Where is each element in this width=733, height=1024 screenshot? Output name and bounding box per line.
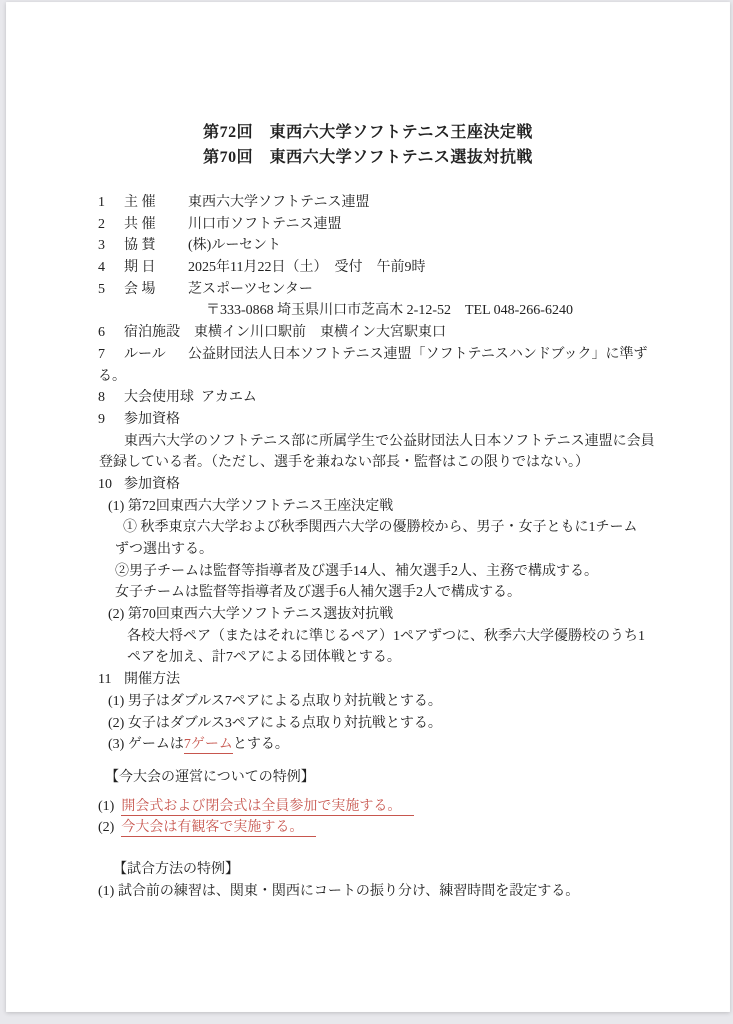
item-label: 会 場 <box>124 279 188 301</box>
special-section1-item1: (1)開会式および閉会式は全員参加で実施する。 <box>6 796 730 818</box>
item-label: 主 催 <box>124 192 188 214</box>
sub3-highlight-red: 7ゲーム <box>184 737 233 754</box>
item-number: 4 <box>98 257 124 279</box>
item-label: 参加資格 <box>124 477 180 492</box>
section10-sub1-point1-continuation: ずつ選出する。 <box>6 539 730 561</box>
item-number: (1) <box>98 799 114 814</box>
item-number: 5 <box>98 279 124 301</box>
item-value: (株)ルーセント <box>188 238 281 253</box>
item-number: 6 <box>98 322 124 344</box>
document-title-line2: 第70回 東西六大学ソフトテニス選抜対抗戦 <box>6 145 730 170</box>
item-label: 期 日 <box>124 257 188 279</box>
info-item-4: 4期 日2025年11月22日（土） 受付 午前9時 <box>6 257 730 279</box>
info-item-8: 8大会使用球アカエム <box>6 387 730 409</box>
item-value: 芝スポーツセンター <box>188 282 313 297</box>
item-label: 宿泊施設 <box>124 322 194 344</box>
section10-sub2-detail-line1: 各校大将ペア（またはそれに準じるペア）1ペアずつに、秋季六大学優勝校のうち1 <box>6 626 730 648</box>
item-label: 開催方法 <box>124 672 180 687</box>
info-item-10: 10参加資格 <box>6 474 730 496</box>
item-number: 1 <box>98 192 124 214</box>
paper-sheet: 第72回 東西六大学ソフトテニス王座決定戦 第70回 東西六大学ソフトテニス選抜… <box>6 2 730 1012</box>
info-item-2: 2共 催川口市ソフトテニス連盟 <box>6 214 730 236</box>
document-photo: { "doc": { "title1": "第72回 東西六大学ソフトテニス王座… <box>0 0 733 1024</box>
item-value: アカエム <box>201 390 257 405</box>
eligibility-paragraph-line2: 登録している者。（ただし、選手を兼ねない部長・監督はこの限りではない。） <box>6 452 730 474</box>
item-number: (2) <box>98 820 114 835</box>
section11-sub3: (3) ゲームは7ゲームとする。 <box>6 734 730 756</box>
item-value: 川口市ソフトテニス連盟 <box>188 217 341 232</box>
info-item-3: 3協 賛(株)ルーセント <box>6 235 730 257</box>
section11-sub2: (2) 女子はダブルス3ペアによる点取り対抗戦とする。 <box>6 713 730 735</box>
item-number: 7 <box>98 344 124 366</box>
special-section2-heading: 【試合方法の特例】 <box>6 859 730 881</box>
sub3-prefix: (3) ゲームは <box>108 737 184 752</box>
item-number: 9 <box>98 409 124 431</box>
item-value: 東西六大学ソフトテニス連盟 <box>188 195 369 210</box>
section10-sub1: (1) 第72回東西六大学ソフトテニス王座決定戦 <box>6 496 730 518</box>
item-number: 11 <box>98 669 124 691</box>
sub3-suffix: とする。 <box>233 737 289 752</box>
section11-sub1: (1) 男子はダブルス7ペアによる点取り対抗戦とする。 <box>6 691 730 713</box>
document-content: 第72回 東西六大学ソフトテニス王座決定戦 第70回 東西六大学ソフトテニス選抜… <box>6 2 730 1012</box>
info-item-5: 5会 場芝スポーツセンター <box>6 279 730 301</box>
info-item-7-continuation: る。 <box>6 366 730 388</box>
special-red-text: 今大会は有観客で実施する。 <box>121 820 316 837</box>
info-item-6: 6宿泊施設東横イン川口駅前 東横イン大宮駅東口 <box>6 322 730 344</box>
section10-sub1-point2-continuation: 女子チームは監督等指導者及び選手6人補欠選手2人で構成する。 <box>6 582 730 604</box>
item-label: 共 催 <box>124 214 188 236</box>
item-value: 2025年11月22日（土） 受付 午前9時 <box>188 260 425 275</box>
item-number: 3 <box>98 235 124 257</box>
eligibility-paragraph-line1: 東西六大学のソフトテニス部に所属学生で公益財団法人日本ソフトテニス連盟に会員 <box>6 431 730 453</box>
info-item-9: 9参加資格 <box>6 409 730 431</box>
item-label: 参加資格 <box>124 412 180 427</box>
item-number: 8 <box>98 387 124 409</box>
item-label: ルール <box>124 344 188 366</box>
special-section1-item2: (2)今大会は有観客で実施する。 <box>6 817 730 839</box>
special-section2-item1: (1) 試合前の練習は、関東・関西にコートの振り分け、練習時間を設定する。 <box>6 881 730 903</box>
info-item-7: 7ルール公益財団法人日本ソフトテニス連盟「ソフトテニスハンドブック」に準ず <box>6 344 730 366</box>
document-title-line1: 第72回 東西六大学ソフトテニス王座決定戦 <box>6 120 730 145</box>
item-value: 東横イン川口駅前 東横イン大宮駅東口 <box>194 325 446 340</box>
item-label: 協 賛 <box>124 235 188 257</box>
section10-sub2: (2) 第70回東西六大学ソフトテニス選抜対抗戦 <box>6 604 730 626</box>
special-section1-heading: 【今大会の運営についての特例】 <box>6 767 730 789</box>
item-number: 2 <box>98 214 124 236</box>
info-item-11: 11開催方法 <box>6 669 730 691</box>
item-number: 10 <box>98 474 124 496</box>
section10-sub1-point2: ②男子チームは監督等指導者及び選手14人、補欠選手2人、主務で構成する。 <box>6 561 730 583</box>
special-red-text: 開会式および閉会式は全員参加で実施する。 <box>121 799 414 816</box>
section10-sub1-point1: ① 秋季東京六大学および秋季関西六大学の優勝校から、男子・女子ともに1チーム <box>6 517 730 539</box>
venue-address: 〒333-0868 埼玉県川口市芝高木 2-12-52 TEL 048-266-… <box>6 300 730 322</box>
item-value: 公益財団法人日本ソフトテニス連盟「ソフトテニスハンドブック」に準ず <box>188 347 647 362</box>
info-item-1: 1主 催東西六大学ソフトテニス連盟 <box>6 192 730 214</box>
item-label: 大会使用球 <box>124 390 194 405</box>
section10-sub2-detail-line2: ペアを加え、計7ペアによる団体戦とする。 <box>6 647 730 669</box>
